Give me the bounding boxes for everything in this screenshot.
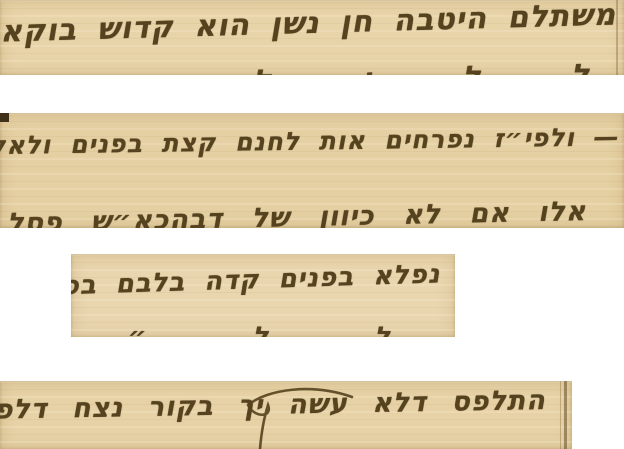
manuscript-strip-1: משתלם היטבה חן נשן הוא קדוש בוקא אץ בנפ … <box>0 0 624 75</box>
handwriting-line: משתלם היטבה חן נשן הוא קדוש בוקא אץ בנפ <box>0 0 616 54</box>
handwriting-line-partial: ל ל ״ <box>128 322 391 337</box>
manuscript-strip-2: — ולפי״ז נפרחים אות לחנם קצת בפנים ולאלמ… <box>0 113 624 228</box>
manuscript-scan: משתלם היטבה חן נשן הוא קדוש בוקא אץ בנפ … <box>0 0 624 449</box>
handwriting-line: התלפס דלא עשה יך בקור נצח דלפה <box>0 385 546 426</box>
handwriting-line: — ולפי״ז נפרחים אות לחנם קצת בפנים ולאלמ… <box>0 122 620 162</box>
page-edge-line <box>564 381 567 449</box>
handwriting-line-partial: ל ל ו ל <box>253 58 591 75</box>
page-margin-line <box>616 0 618 75</box>
manuscript-strip-4: התלפס דלא עשה יך בקור נצח דלפה <box>0 381 572 449</box>
manuscript-strip-3: נפלא בפנים קדה בלבם בפנים ל ל ״ <box>71 254 455 337</box>
handwriting-line-partial: אלו אם לא כיוון של דבהכא״ש פסל קבל <box>0 196 586 228</box>
handwriting-line: נפלא בפנים קדה בלבם בפנים <box>71 259 441 302</box>
page-margin-line <box>560 381 561 449</box>
ink-smudge <box>0 113 9 122</box>
